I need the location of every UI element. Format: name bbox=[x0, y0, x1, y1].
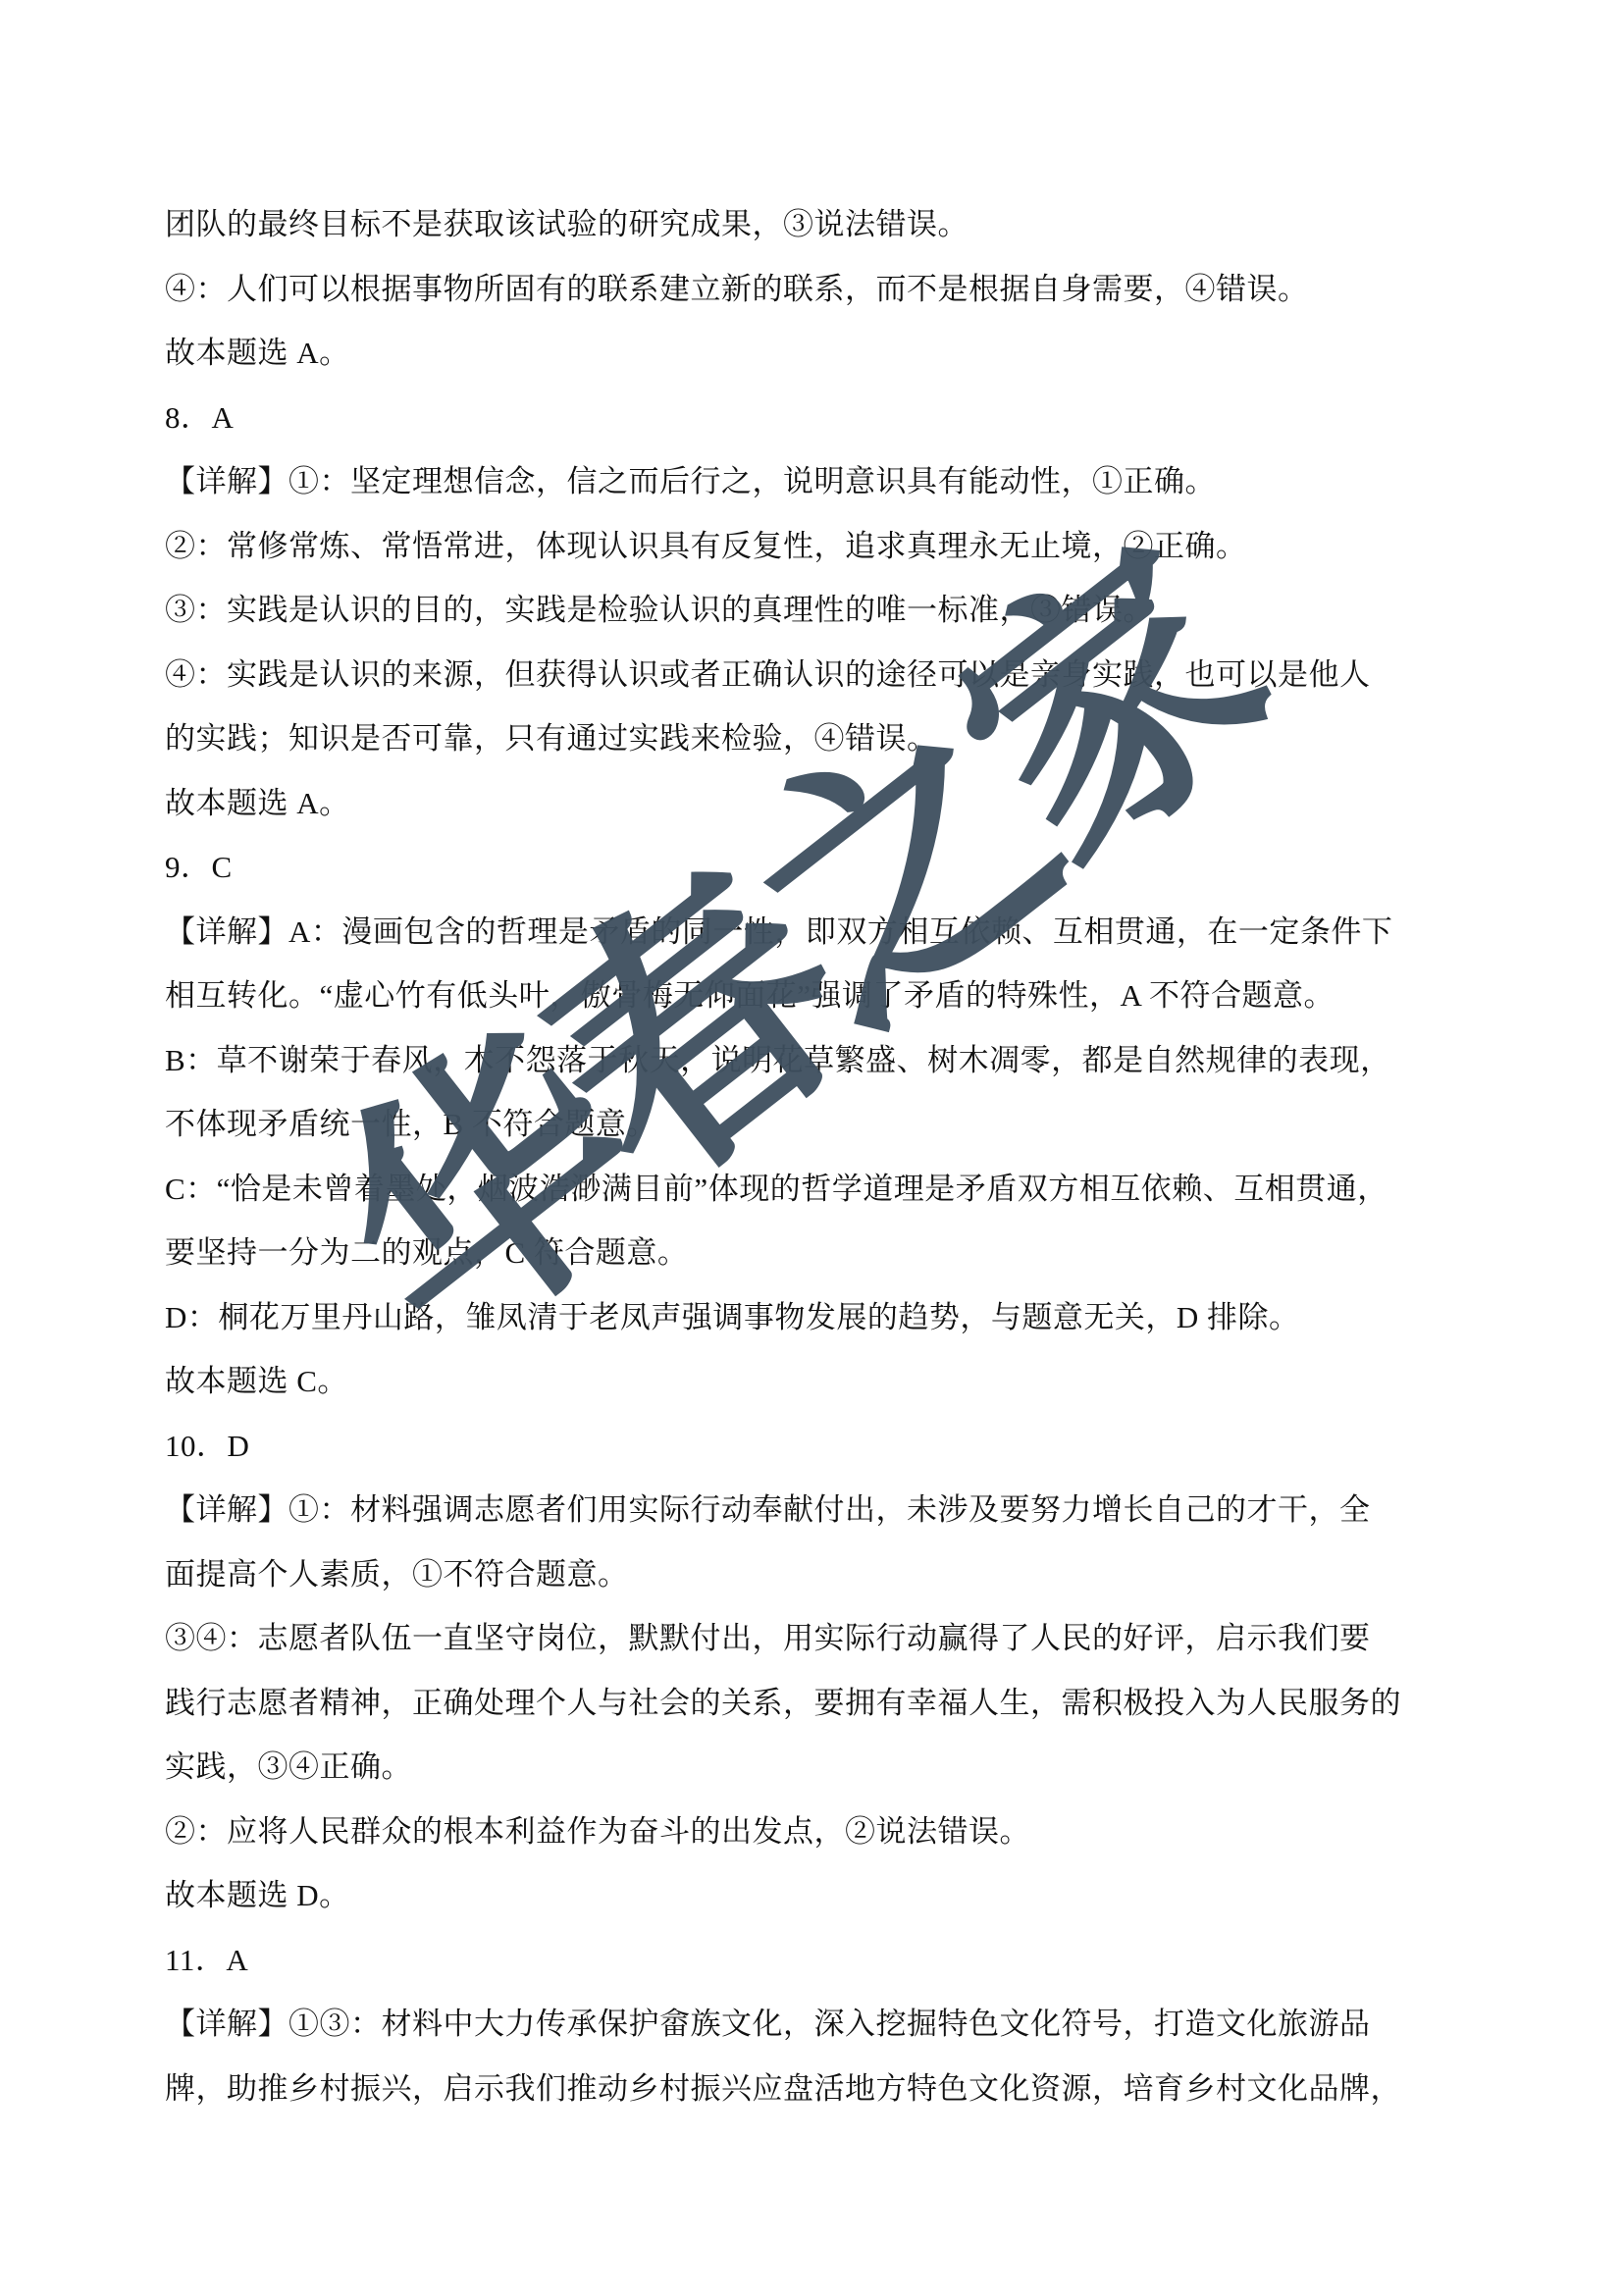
text-line: 不体现矛盾统一性，B 不符合题意。 bbox=[165, 1092, 1470, 1157]
text-line: 的实践；知识是否可靠，只有通过实践来检验，④错误。 bbox=[165, 706, 1470, 771]
text-line: ③：实践是认识的目的，实践是检验认识的真理性的唯一标准，③错误。 bbox=[165, 578, 1470, 643]
text-line: 牌，助推乡村振兴，启示我们推动乡村振兴应盘活地方特色文化资源，培育乡村文化品牌， bbox=[165, 2057, 1470, 2121]
answer-heading: 11．A bbox=[165, 1928, 1470, 1993]
text-line: D：桐花万里丹山路，雏凤清于老凤声强调事物发展的趋势，与题意无关，D 排除。 bbox=[165, 1285, 1470, 1350]
document-page: 团队的最终目标不是获取该试验的研究成果，③说法错误。 ④：人们可以根据事物所固有… bbox=[0, 0, 1623, 2296]
text-line: B：草不谢荣于春风，木不怨落于秋天，说明花草繁盛、树木凋零，都是自然规律的表现， bbox=[165, 1028, 1470, 1093]
text-line: ④：实践是认识的来源，但获得认识或者正确认识的途径可以是亲身实践，也可以是他人 bbox=[165, 643, 1470, 707]
text-line: 【详解】①：材料强调志愿者们用实际行动奉献付出，未涉及要努力增长自己的才干，全 bbox=[165, 1478, 1470, 1542]
answer-heading: 8．A bbox=[165, 386, 1470, 450]
text-line: 团队的最终目标不是获取该试验的研究成果，③说法错误。 bbox=[165, 192, 1470, 257]
text-line: 【详解】A：漫画包含的哲理是矛盾的同一性，即双方相互依赖、互相贯通，在一定条件下 bbox=[165, 900, 1470, 965]
answer-heading: 10．D bbox=[165, 1414, 1470, 1479]
text-line: 面提高个人素质，①不符合题意。 bbox=[165, 1542, 1470, 1607]
text-line: C：“恰是未曾着墨处，烟波浩渺满目前”体现的哲学道理是矛盾双方相互依赖、互相贯通… bbox=[165, 1157, 1470, 1222]
text-line: 【详解】①③：材料中大力传承保护畲族文化，深入挖掘特色文化符号，打造文化旅游品 bbox=[165, 1992, 1470, 2057]
text-line: ②：常修常炼、常悟常进，体现认识具有反复性，追求真理永无止境，②正确。 bbox=[165, 514, 1470, 579]
text-line: ④：人们可以根据事物所固有的联系建立新的联系，而不是根据自身需要，④错误。 bbox=[165, 257, 1470, 322]
document-text-block: 团队的最终目标不是获取该试验的研究成果，③说法错误。 ④：人们可以根据事物所固有… bbox=[165, 192, 1470, 2120]
answer-heading: 9．C bbox=[165, 835, 1470, 900]
text-line: 故本题选 A。 bbox=[165, 771, 1470, 836]
text-line: 故本题选 D。 bbox=[165, 1863, 1470, 1928]
text-line: 相互转化。“虚心竹有低头叶，傲骨梅无仰面花”强调了矛盾的特殊性，A 不符合题意。 bbox=[165, 964, 1470, 1028]
text-line: 践行志愿者精神，正确处理个人与社会的关系，要拥有幸福人生，需积极投入为人民服务的 bbox=[165, 1671, 1470, 1736]
text-line: 【详解】①：坚定理想信念，信之而后行之，说明意识具有能动性，①正确。 bbox=[165, 449, 1470, 514]
text-line: 实践，③④正确。 bbox=[165, 1735, 1470, 1800]
text-line: 故本题选 A。 bbox=[165, 321, 1470, 386]
text-line: ②：应将人民群众的根本利益作为奋斗的出发点，②说法错误。 bbox=[165, 1800, 1470, 1864]
text-line: 故本题选 C。 bbox=[165, 1349, 1470, 1414]
text-line: 要坚持一分为二的观点，C 符合题意。 bbox=[165, 1221, 1470, 1285]
text-line: ③④：志愿者队伍一直坚守岗位，默默付出，用实际行动赢得了人民的好评，启示我们要 bbox=[165, 1606, 1470, 1671]
